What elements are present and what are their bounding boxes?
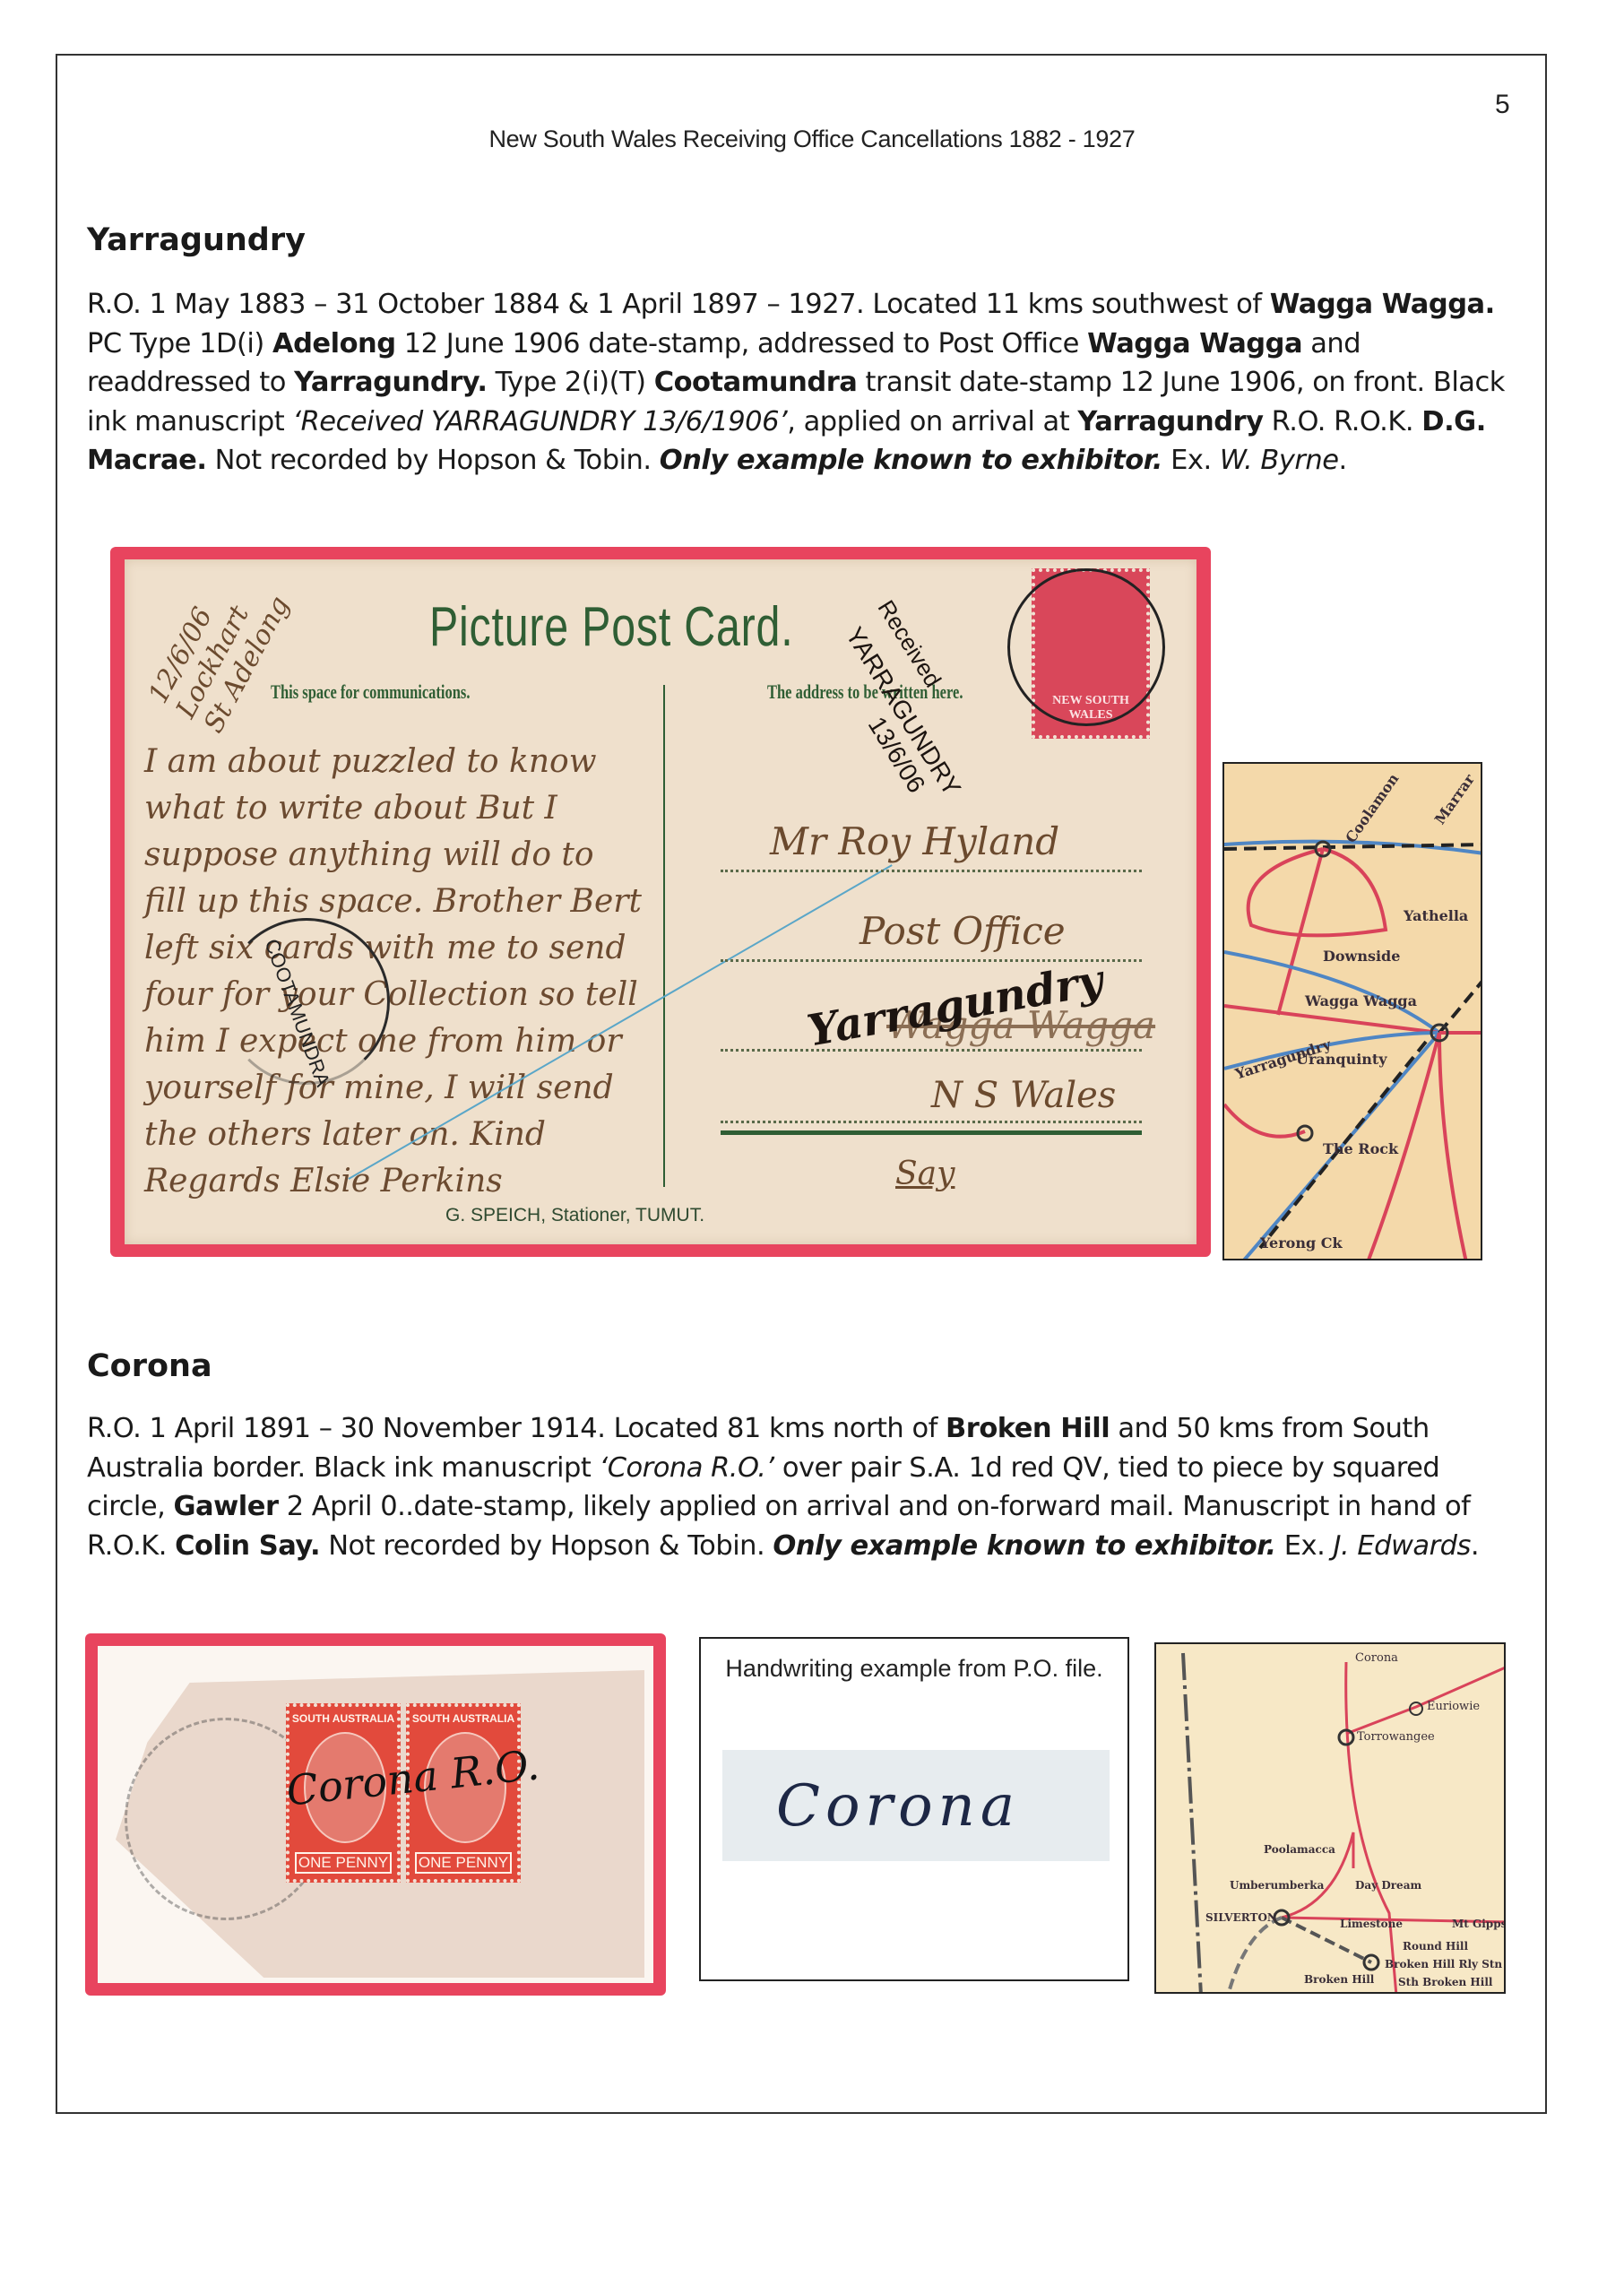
- map-label: Broken Hill: [1304, 1973, 1374, 1986]
- map-label: Poolamacca: [1264, 1843, 1335, 1856]
- page-number: 5: [1495, 90, 1510, 120]
- handwritten-sender: 12/6/06 Lockhart St Adelong: [143, 559, 298, 738]
- printer-imprint: G. SPEICH, Stationer, TUMUT.: [445, 1205, 704, 1226]
- handwriting-caption: Handwriting example from P.O. file.: [701, 1650, 1127, 1688]
- description-segment: ‘Received YARRAGUNDRY 13/6/1906’: [292, 406, 787, 437]
- corona-piece: SOUTH AUSTRALIA ONE PENNY SOUTH AUSTRALI…: [85, 1633, 666, 1996]
- adelong-postmark: [1007, 568, 1165, 726]
- description-segment: J. Edwards: [1333, 1530, 1470, 1562]
- description-segment: R.O. 1 April 1891 – 30 November 1914. Lo…: [87, 1413, 946, 1444]
- section-description-corona: R.O. 1 April 1891 – 30 November 1914. Lo…: [87, 1409, 1521, 1565]
- map-label: Sth Broken Hill: [1398, 1976, 1492, 1988]
- description-segment: Adelong: [272, 328, 396, 359]
- map-label: Uranquinty: [1296, 1051, 1387, 1068]
- map-corona-region: Corona Euriowie Torrowangee Poolamacca U…: [1154, 1642, 1506, 1994]
- address-line-1: [721, 870, 1142, 872]
- description-segment: Yarragundry: [1077, 406, 1263, 437]
- address-line-3: [721, 1049, 1142, 1052]
- map-label: The Rock: [1323, 1140, 1398, 1157]
- map-label: Limestone: [1340, 1918, 1403, 1930]
- description-segment: .: [1339, 445, 1347, 476]
- section-description-yarragundry: R.O. 1 May 1883 – 31 October 1884 & 1 Ap…: [87, 285, 1521, 481]
- stamp-top-text: SOUTH AUSTRALIA: [289, 1712, 397, 1725]
- address-line-4: [721, 1121, 1142, 1123]
- address-rule: [721, 1130, 1142, 1135]
- handwritten-message: I am about puzzled to know what to write…: [144, 739, 646, 1205]
- description-segment: Broken Hill: [946, 1413, 1110, 1444]
- postcard-divider: [663, 685, 665, 1187]
- map-label: Day Dream: [1355, 1879, 1421, 1892]
- description-segment: Cootamundra: [654, 367, 858, 398]
- map-label: Corona: [1355, 1651, 1398, 1665]
- map-label: Downside: [1323, 948, 1400, 965]
- map-label: Umberumberka: [1230, 1879, 1324, 1892]
- description-segment: R.O. 1 May 1883 – 31 October 1884 & 1 Ap…: [87, 289, 1270, 320]
- postcard-surface: 12/6/06 Lockhart St Adelong Picture Post…: [125, 559, 1196, 1244]
- map-label: Yerong Ck: [1260, 1234, 1343, 1251]
- description-segment: Ex.: [1276, 1530, 1334, 1562]
- description-segment: Gawler: [174, 1491, 279, 1522]
- postcard-title: Picture Post Card.: [429, 595, 793, 659]
- map-label: Round Hill: [1403, 1940, 1468, 1953]
- description-segment: 12 June 1906 date-stamp, addressed to Po…: [396, 328, 1088, 359]
- stamp-top-text: SOUTH AUSTRALIA: [410, 1712, 517, 1725]
- section-title-corona: Corona: [87, 1348, 212, 1384]
- communication-label: This space for communications.: [271, 680, 470, 704]
- map-label: Torrowangee: [1357, 1730, 1435, 1744]
- address-name: Mr Roy Hyland: [770, 819, 1059, 863]
- map-label: Broken Hill Rly Stn: [1385, 1958, 1502, 1970]
- description-segment: Ex.: [1162, 445, 1220, 476]
- description-segment: PC Type 1D(i): [87, 328, 272, 359]
- description-segment: , applied on arrival at: [787, 406, 1077, 437]
- map-label: Wagga Wagga: [1305, 992, 1417, 1009]
- address-post-office: Post Office: [860, 909, 1066, 953]
- description-segment: Wagga Wagga.: [1270, 289, 1495, 320]
- description-segment: .: [1471, 1530, 1479, 1562]
- description-segment: Not recorded by Hopson & Tobin.: [320, 1530, 773, 1562]
- handwriting-sample: Corona: [722, 1750, 1110, 1861]
- map-label: SILVERTON: [1205, 1911, 1277, 1924]
- address-state: N S Wales: [931, 1075, 1116, 1116]
- map-label: Yathella: [1404, 907, 1468, 924]
- description-segment: Only example known to exhibitor.: [773, 1530, 1275, 1562]
- description-segment: Colin Say.: [175, 1530, 320, 1562]
- stamp-value-text: ONE PENNY: [295, 1852, 392, 1874]
- postcard-yarragundry: 12/6/06 Lockhart St Adelong Picture Post…: [110, 547, 1211, 1257]
- description-segment: R.O. R.O.K.: [1263, 406, 1421, 437]
- section-title-yarragundry: Yarragundry: [87, 222, 306, 258]
- piece-surface: SOUTH AUSTRALIA ONE PENNY SOUTH AUSTRALI…: [98, 1646, 653, 1983]
- map-label: Mt Gipps: [1452, 1918, 1506, 1930]
- description-segment: Only example known to exhibitor.: [660, 445, 1162, 476]
- description-segment: Not recorded by Hopson & Tobin.: [206, 445, 659, 476]
- description-segment: W. Byrne: [1220, 445, 1339, 476]
- description-segment: ‘Corona R.O.’: [600, 1452, 774, 1484]
- map-wagga-region: Coolamon Marrar Yathella Downside Wagga …: [1222, 762, 1482, 1260]
- page-header: New South Wales Receiving Office Cancell…: [0, 126, 1624, 153]
- map-label: Euriowie: [1427, 1700, 1480, 1713]
- stamp-value-text: ONE PENNY: [415, 1852, 512, 1874]
- description-segment: Type 2(i)(T): [487, 367, 653, 398]
- description-segment: Wagga Wagga: [1087, 328, 1302, 359]
- handwriting-sample-text: Corona: [776, 1773, 1020, 1840]
- signature-say: Say: [895, 1156, 955, 1192]
- description-segment: Yarragundry.: [294, 367, 487, 398]
- handwriting-example-box: Handwriting example from P.O. file. Coro…: [699, 1637, 1129, 1981]
